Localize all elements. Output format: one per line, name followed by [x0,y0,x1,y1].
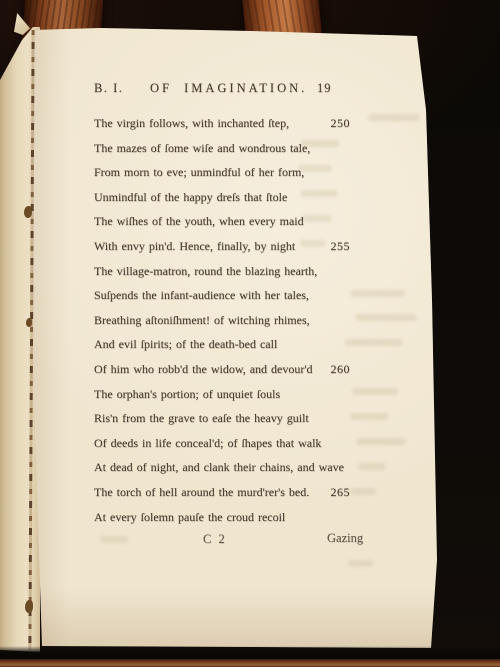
line-number: 255 [331,234,351,259]
poem-line: The village-matron, round the blazing he… [94,259,350,284]
showthrough-mark [348,560,374,567]
poem-line: At dead of night, and clank their chains… [94,455,350,480]
showthrough-mark [350,413,388,420]
poem-line: Of deeds in life conceal'd; of ſhapes th… [94,431,350,456]
paper-nick [25,600,33,613]
poem-line: Unmindful of the happy dreſs that ſtole [94,185,350,210]
shelf-edge [0,659,500,667]
showthrough-mark [358,463,386,470]
poem-line-text: The mazes of ſome wiſe and wondrous tale… [94,141,310,155]
poem-line: The orphan's portion; of unquiet ſouls [94,382,350,407]
showthrough-mark [345,339,403,346]
showthrough-mark [352,388,398,395]
showthrough-mark [100,536,128,543]
book-label: B. I. [94,81,123,96]
poem-line-text: Ris'n from the grave to eaſe the heavy g… [94,411,309,425]
poem-line: And evil ſpirits; of the death-bed call [94,332,350,357]
page-number: 19 [317,81,332,96]
poem-line: The wiſhes of the youth, when every maid [94,209,350,234]
poem-line-text: Breathing aſtoniſhment! of witching rhim… [94,313,310,327]
poem-line: At every ſolemn pauſe the croud recoil [94,505,350,530]
showthrough-mark [355,314,417,321]
poem-line-text: Unmindful of the happy dreſs that ſtole [94,190,287,204]
poem: The virgin follows, with inchanted ſtep,… [94,111,350,529]
catchword: Gazing [327,531,363,546]
book-page: B. I. OF IMAGINATION. 19 The virgin foll… [0,0,500,667]
showthrough-mark [350,488,376,495]
showthrough-mark [350,290,405,297]
poem-line-text: At dead of night, and clank their chains… [94,460,344,474]
poem-line-text: Of deeds in life conceal'd; of ſhapes th… [94,436,321,450]
poem-line: Of him who robb'd the widow, and devour'… [94,357,350,382]
line-number: 260 [331,357,351,382]
book-photograph: B. I. OF IMAGINATION. 19 The virgin foll… [0,0,500,667]
poem-line: Ris'n from the grave to eaſe the heavy g… [94,406,350,431]
paper-nick [26,318,32,327]
poem-line: The virgin follows, with inchanted ſtep,… [94,111,350,136]
poem-line-text: At every ſolemn pauſe the croud recoil [94,510,285,524]
poem-line: The torch of hell around the murd'rer's … [94,480,350,505]
poem-line: With envy pin'd. Hence, finally, by nigh… [94,234,350,259]
running-title: OF IMAGINATION. [150,81,307,96]
poem-line: From morn to eve; unmindful of her form, [94,160,350,185]
paper-nick [24,206,32,218]
poem-line-text: Suſpends the infant-audience with her ta… [94,288,309,302]
signature-mark: C 2 [203,532,227,547]
poem-line-text: From morn to eve; unmindful of her form, [94,165,304,179]
line-number: 265 [331,480,351,505]
poem-line-text: The torch of hell around the murd'rer's … [94,485,309,499]
poem-line-text: The wiſhes of the youth, when every maid [94,214,304,228]
poem-line-text: The orphan's portion; of unquiet ſouls [94,387,280,401]
poem-line: The mazes of ſome wiſe and wondrous tale… [94,136,350,161]
poem-line-text: The village-matron, round the blazing he… [94,264,317,278]
poem-line: Suſpends the infant-audience with her ta… [94,283,350,308]
showthrough-mark [368,114,420,121]
poem-line-text: With envy pin'd. Hence, finally, by nigh… [94,239,295,253]
line-number: 250 [331,111,351,136]
showthrough-mark [356,438,406,445]
poem-line-text: The virgin follows, with inchanted ſtep, [94,116,289,130]
poem-line-text: Of him who robb'd the widow, and devour'… [94,362,313,376]
poem-line: Breathing aſtoniſhment! of witching rhim… [94,308,350,333]
poem-line-text: And evil ſpirits; of the death-bed call [94,337,277,351]
